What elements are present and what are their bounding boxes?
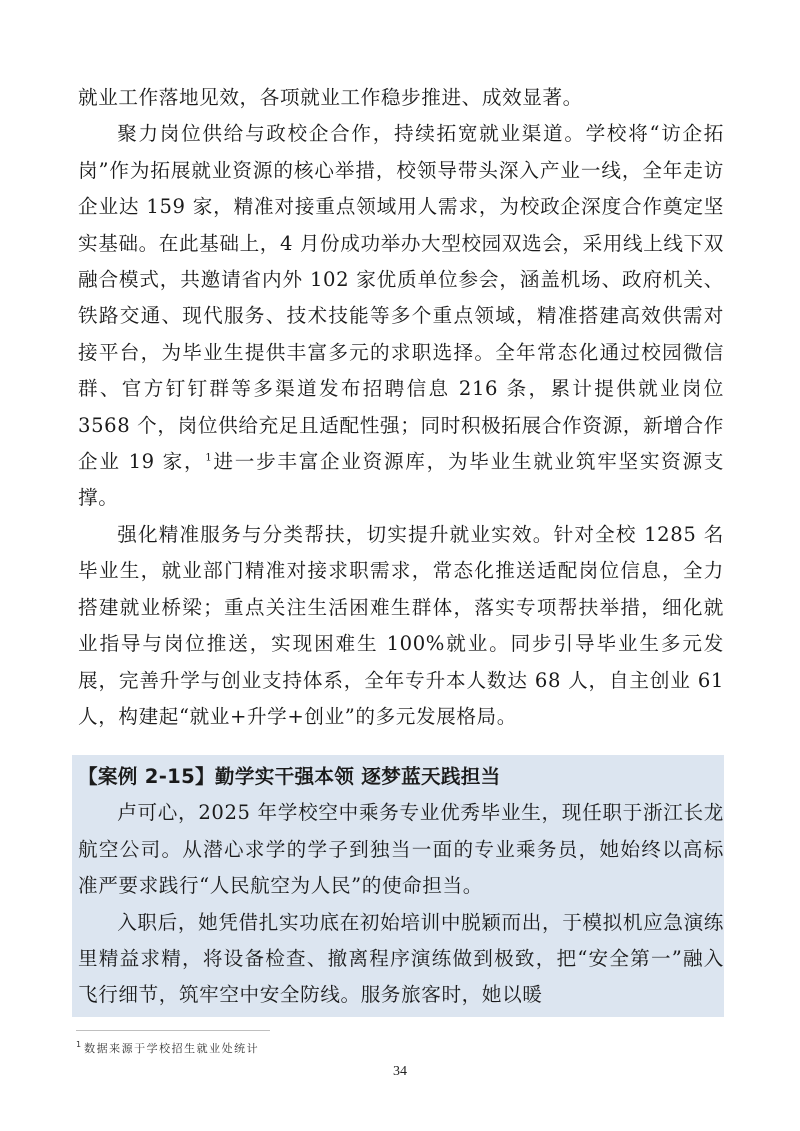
case-study-paragraph: 入职后，她凭借扎实功底在初始培训中脱颖而出，于模拟机应急演练里精益求精，将设备检… xyxy=(78,905,724,1014)
paragraph-job-channels-text: 聚力岗位供给与政校企合作，持续拓宽就业渠道。学校将“访企拓岗”作为拓展就业资源的… xyxy=(78,122,724,473)
footnote: 1数据来源于学校招生就业处统计 xyxy=(76,1040,259,1056)
paragraph-precision-services: 强化精准服务与分类帮扶，切实提升就业实效。针对全校 1285 名毕业生，就业部门… xyxy=(78,517,724,735)
footnote-divider xyxy=(76,1030,270,1031)
paragraph-job-channels: 聚力岗位供给与政校企合作，持续拓宽就业渠道。学校将“访企拓岗”作为拓展就业资源的… xyxy=(78,116,724,516)
case-study-title: 【案例 2-15】勤学实干强本领 逐梦蓝天践担当 xyxy=(78,759,724,795)
footnote-marker: 1 xyxy=(76,1040,81,1049)
body-text: 就业工作落地见效，各项就业工作稳步推进、成效显著。 聚力岗位供给与政校企合作，持… xyxy=(78,80,724,735)
footnote-text: 数据来源于学校招生就业处统计 xyxy=(84,1042,259,1055)
page-number: 34 xyxy=(0,1064,800,1080)
case-study-box: 【案例 2-15】勤学实干强本领 逐梦蓝天践担当 卢可心，2025 年学校空中乘… xyxy=(72,755,724,1017)
case-study-paragraph: 卢可心，2025 年学校空中乘务专业优秀毕业生，现任职于浙江长龙航空公司。从潜心… xyxy=(78,795,724,904)
paragraph-continuation: 就业工作落地见效，各项就业工作稳步推进、成效显著。 xyxy=(78,80,724,116)
